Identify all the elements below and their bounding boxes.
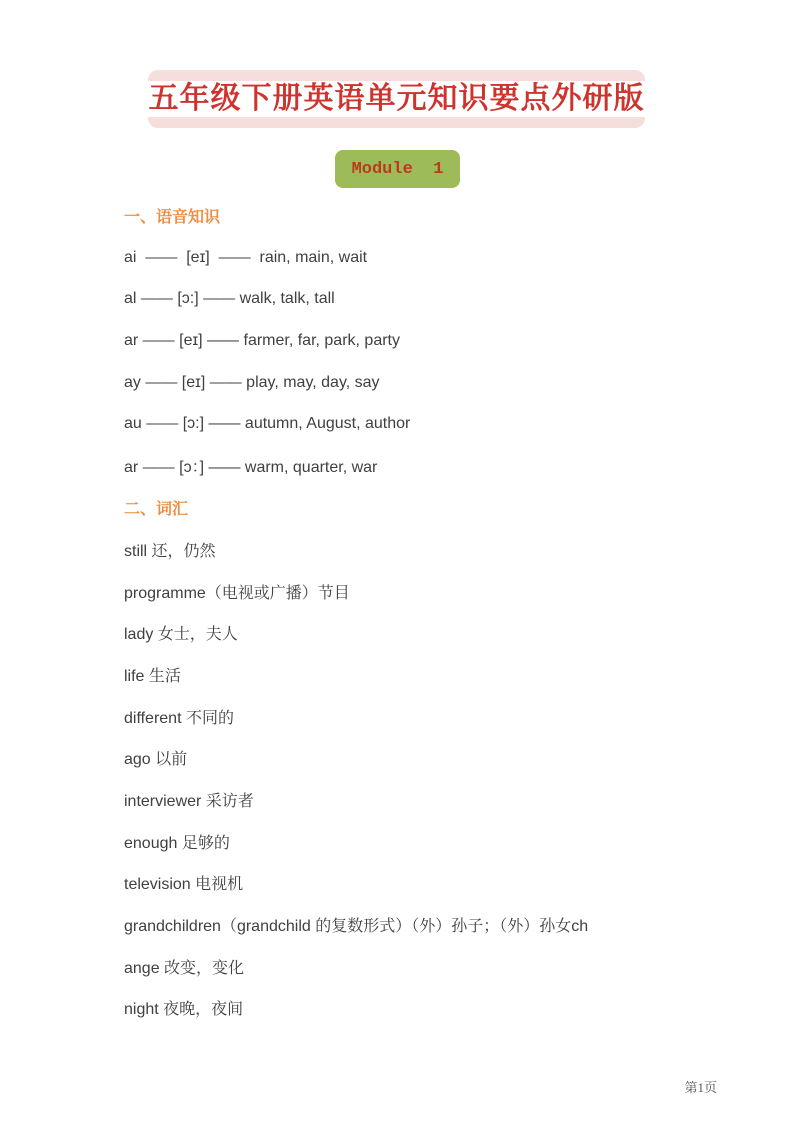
vocab-line: programme（电视或广播）节目 — [124, 570, 733, 612]
vocab-line: night 夜晚，夜间 — [124, 987, 733, 1029]
vocab-line: lady 女士，夫人 — [124, 612, 733, 654]
page-number: 第1页 — [684, 1077, 717, 1096]
vocab-line: enough 足够的 — [124, 820, 733, 862]
section-heading-vocabulary: 二、词汇 — [124, 487, 733, 529]
vocab-line: television 电视机 — [124, 862, 733, 904]
section-heading-phonics: 一、语音知识 — [124, 195, 733, 237]
phonics-line: ay —— [eɪ] —— play, may, day, say — [124, 362, 733, 404]
phonics-line: ar —— [eɪ] —— farmer, far, park, party — [124, 320, 733, 362]
vocab-line: grandchildren（grandchild 的复数形式）（外）孙子；（外）… — [124, 904, 733, 946]
vocab-line: interviewer 采访者 — [124, 779, 733, 821]
document-body: 一、语音知识 ai —— [eɪ] —— rain, main, wait al… — [124, 195, 733, 1029]
phonics-line: ai —— [eɪ] —— rain, main, wait — [124, 237, 733, 279]
page-title: 五年级下册英语单元知识要点外研版 — [142, 81, 652, 117]
vocab-line: different 不同的 — [124, 695, 733, 737]
vocab-line: ange 改变，变化 — [124, 945, 733, 987]
module-badge: Module 1 — [335, 150, 460, 188]
title-banner: 五年级下册英语单元知识要点外研版 — [148, 70, 645, 128]
document-page: 五年级下册英语单元知识要点外研版 Module 1 一、语音知识 ai —— [… — [0, 0, 793, 1122]
phonics-line: al —— [ɔ:] —— walk, talk, tall — [124, 278, 733, 320]
phonics-line: ar —— [ɔ：] —— warm, quarter, war — [124, 445, 733, 487]
vocab-line: ago 以前 — [124, 737, 733, 779]
vocab-line: life 生活 — [124, 654, 733, 696]
vocab-line: still 还，仍然 — [124, 529, 733, 571]
phonics-line: au —— [ɔ:] —— autumn, August, author — [124, 403, 733, 445]
